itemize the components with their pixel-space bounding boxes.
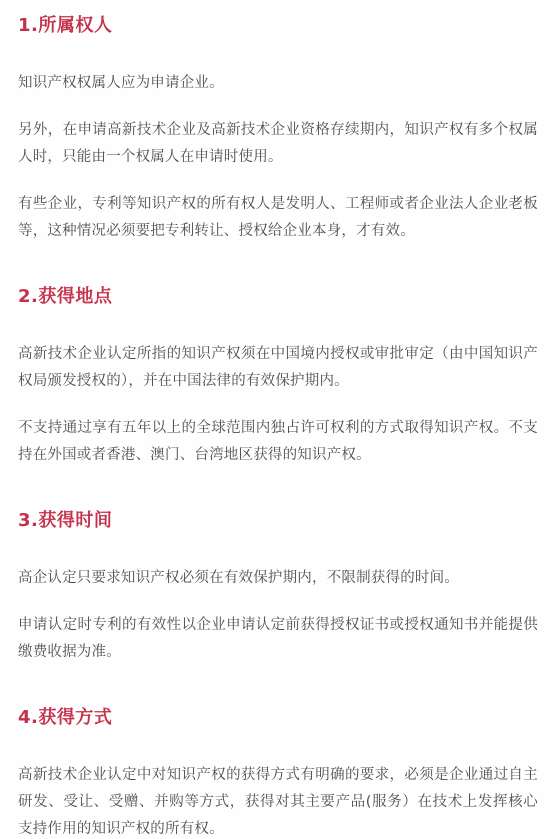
section-ownership: 1.所属权人 知识产权权属人应为申请企业。 另外，在申请高新技术企业及高新技术企… bbox=[18, 14, 538, 245]
paragraph: 高企认定只要求知识产权必须在有效保护期内，不限制获得的时间。 bbox=[18, 565, 538, 592]
paragraph: 高新技术企业认定所指的知识产权须在中国境内授权或审批审定（由中国知识产权局颁发授… bbox=[18, 341, 538, 395]
section-heading: 3.获得时间 bbox=[18, 509, 538, 533]
section-acquisition-time: 3.获得时间 高企认定只要求知识产权必须在有效保护期内，不限制获得的时间。 申请… bbox=[18, 509, 538, 666]
paragraph: 高新技术企业认定中对知识产权的获得方式有明确的要求，必须是企业通过自主研发、受让… bbox=[18, 762, 538, 839]
article-body: 1.所属权人 知识产权权属人应为申请企业。 另外，在申请高新技术企业及高新技术企… bbox=[0, 0, 556, 839]
paragraph: 有些企业，专利等知识产权的所有权人是发明人、工程师或者企业法人企业老板等，这种情… bbox=[18, 191, 538, 245]
section-acquisition-method: 4.获得方式 高新技术企业认定中对知识产权的获得方式有明确的要求，必须是企业通过… bbox=[18, 706, 538, 839]
paragraph: 另外，在申请高新技术企业及高新技术企业资格存续期内，知识产权有多个权属人时，只能… bbox=[18, 117, 538, 171]
section-heading: 1.所属权人 bbox=[18, 14, 538, 38]
paragraph: 申请认定时专利的有效性以企业申请认定前获得授权证书或授权通知书并能提供缴费收据为… bbox=[18, 612, 538, 666]
section-acquisition-place: 2.获得地点 高新技术企业认定所指的知识产权须在中国境内授权或审批审定（由中国知… bbox=[18, 285, 538, 469]
paragraph: 知识产权权属人应为申请企业。 bbox=[18, 70, 538, 97]
section-heading: 2.获得地点 bbox=[18, 285, 538, 309]
paragraph: 不支持通过享有五年以上的全球范围内独占许可权利的方式取得知识产权。不支持在外国或… bbox=[18, 415, 538, 469]
section-heading: 4.获得方式 bbox=[18, 706, 538, 730]
